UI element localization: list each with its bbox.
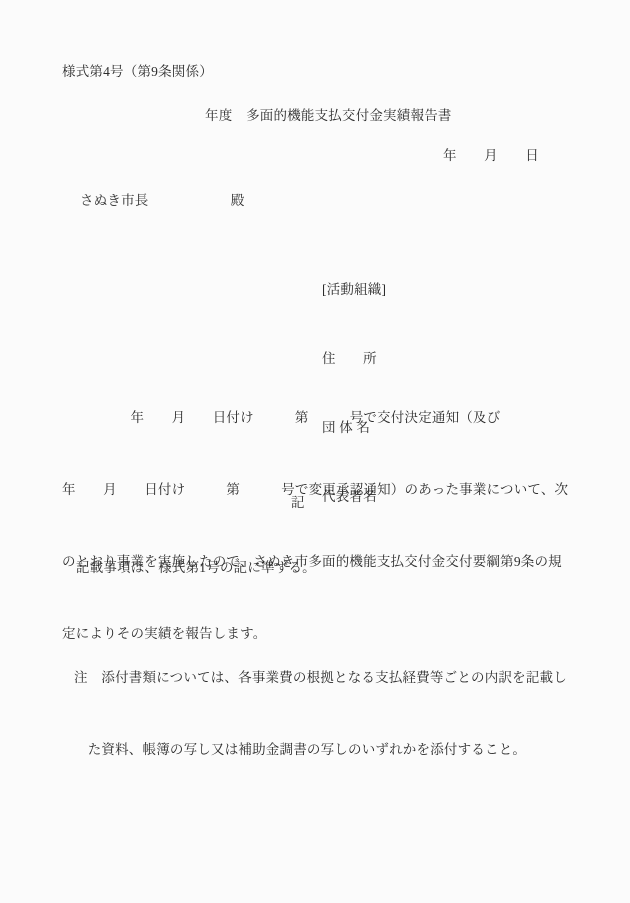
body-line: 年 月 日付け 第 号で変更承認通知）のあった事業について、次: [62, 478, 568, 502]
body-line: 年 月 日付け 第 号で交付決定通知（及び: [62, 406, 568, 430]
attachment-note: 注 添付書類については、各事業費の根拠となる支払経費等ごとの内訳を記載し た資料…: [74, 618, 567, 810]
form-number-label: 様式第4号（第9条関係）: [62, 60, 213, 84]
entry-items-clause: 記載事項は、様式第1号の記に準ずる。: [76, 556, 316, 580]
date-fill-in-line: 年 月 日: [443, 144, 539, 168]
applicant-heading: [活動組織]: [322, 278, 386, 301]
note-line: た資料、帳簿の写し又は補助金調書の写しのいずれかを添付すること。: [74, 738, 567, 762]
document-title: 年度 多面的機能支払交付金実績報告書: [205, 104, 452, 128]
addressee-line: さぬき市長 殿: [80, 189, 244, 213]
note-line: 注 添付書類については、各事業費の根拠となる支払経費等ごとの内訳を記載し: [74, 666, 567, 690]
ki-section-heading: 記: [291, 491, 305, 515]
document-page: 様式第4号（第9条関係） 年度 多面的機能支払交付金実績報告書 年 月 日 さぬ…: [0, 0, 630, 903]
